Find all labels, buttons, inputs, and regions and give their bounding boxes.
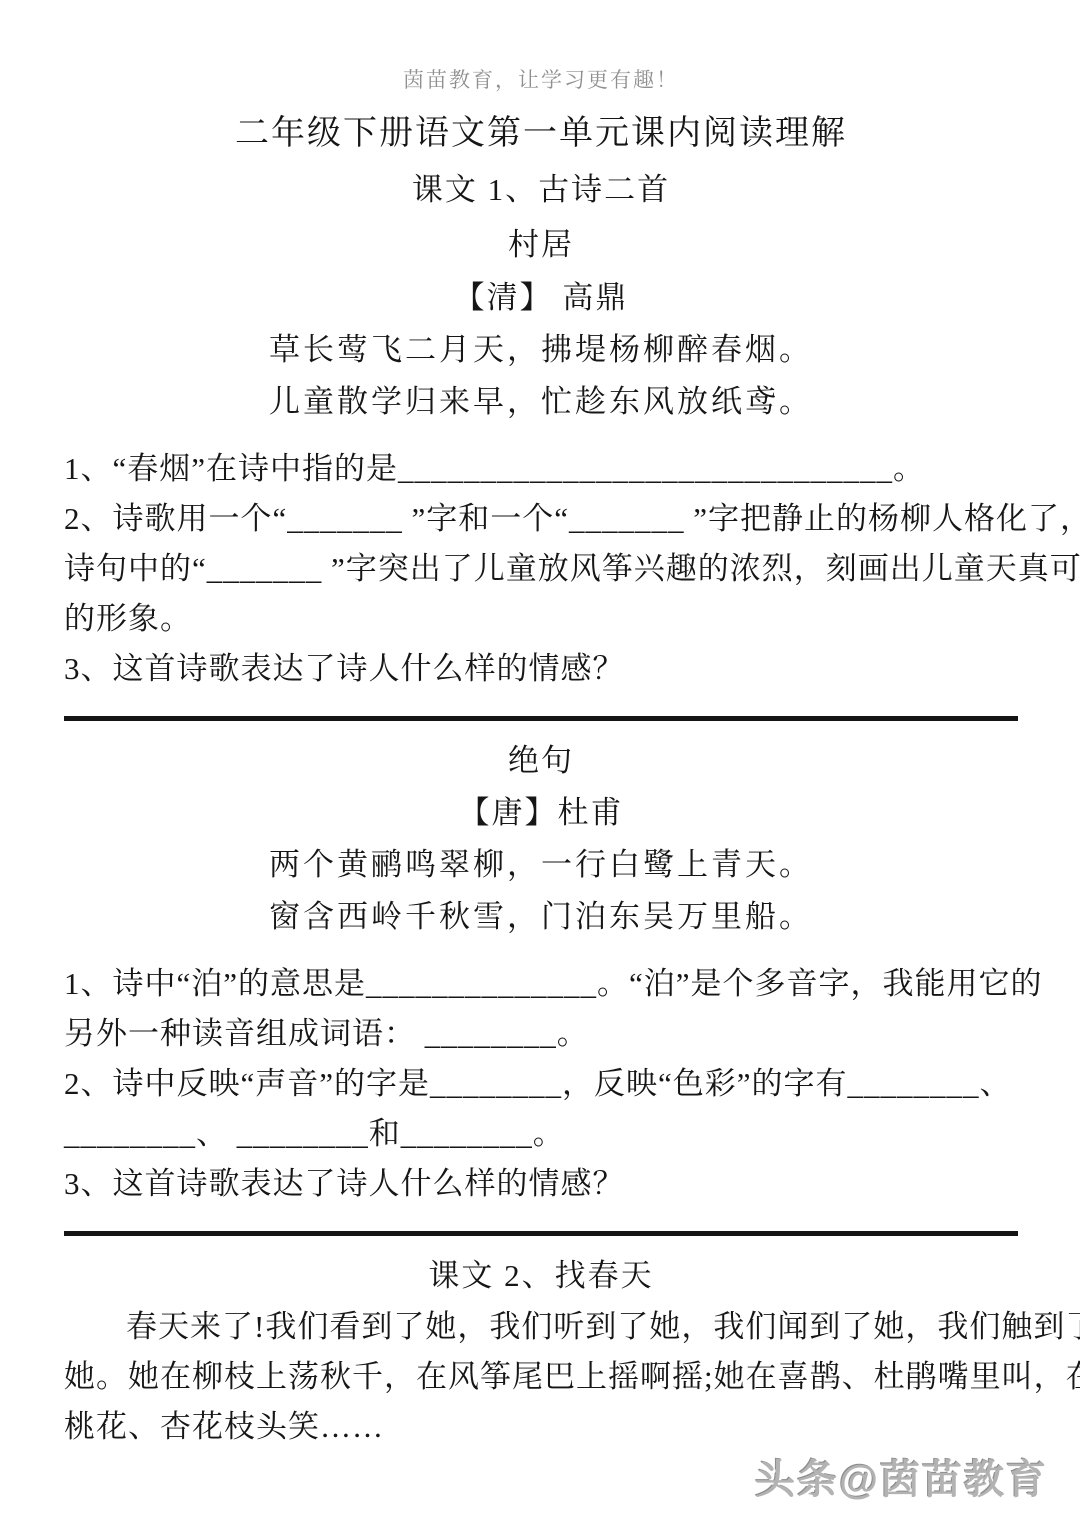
toutiao-watermark: 头条@茵苗教育: [755, 1448, 1048, 1505]
poem2-author: 【唐】杜甫: [64, 787, 1018, 839]
worksheet-page: 茵苗教育，让学习更有趣！ 二年级下册语文第一单元课内阅读理解 课文 1、古诗二首…: [0, 0, 1080, 1452]
question-line: ________、 ________和________。: [64, 1109, 1018, 1159]
paragraph-line: 春天来了!我们看到了她，我们听到了她，我们闻到了她，我们触到了: [64, 1302, 1018, 1352]
poem1-title: 村居: [64, 217, 1018, 272]
question-line: 1、“春烟”在诗中指的是____________________________…: [64, 444, 1018, 494]
section-divider: [64, 716, 1018, 721]
poem1-questions: 1、“春烟”在诗中指的是____________________________…: [64, 444, 1018, 694]
poem1-verse-line: 儿童散学归来早，忙趁东风放纸鸢。: [64, 376, 1018, 428]
question-line: 2、诗歌用一个“_______ ”字和一个“_______ ”字把静止的杨柳人格…: [64, 494, 1018, 544]
poem1-verse-line: 草长莺飞二月天，拂堤杨柳醉春烟。: [64, 324, 1018, 376]
question-line: 3、这首诗歌表达了诗人什么样的情感？: [64, 644, 1018, 694]
brand-slogan: 茵苗教育，让学习更有趣！: [64, 66, 1018, 94]
question-line: 的形象。: [64, 594, 1018, 644]
question-line: 3、这首诗歌表达了诗人什么样的情感？: [64, 1159, 1018, 1209]
poem2-verse-line: 窗含西岭千秋雪，门泊东吴万里船。: [64, 891, 1018, 943]
poem2-questions: 1、诗中“泊”的意思是______________。“泊”是个多音字，我能用它的…: [64, 959, 1018, 1209]
lesson2-paragraph: 春天来了!我们看到了她，我们听到了她，我们闻到了她，我们触到了 她。她在柳枝上荡…: [64, 1302, 1018, 1452]
poem2-title: 绝句: [64, 735, 1018, 787]
lesson1-heading: 课文 1、古诗二首: [64, 162, 1018, 217]
question-line: 另外一种读音组成词语： ________。: [64, 1009, 1018, 1059]
poem1-author: 【清】 高鼎: [64, 272, 1018, 324]
question-line: 1、诗中“泊”的意思是______________。“泊”是个多音字，我能用它的: [64, 959, 1018, 1009]
paragraph-line: 她。她在柳枝上荡秋千，在风筝尾巴上摇啊摇;她在喜鹊、杜鹃嘴里叫，在: [64, 1352, 1018, 1402]
document-title: 二年级下册语文第一单元课内阅读理解: [64, 106, 1018, 162]
lesson2-heading: 课文 2、找春天: [64, 1250, 1018, 1302]
question-line: 2、诗中反映“声音”的字是________，反映“色彩”的字有________、: [64, 1059, 1018, 1109]
poem2-verse-line: 两个黄鹂鸣翠柳，一行白鹭上青天。: [64, 839, 1018, 891]
section-divider: [64, 1231, 1018, 1236]
question-line: 诗句中的“_______ ”字突出了儿童放风筝兴趣的浓烈，刻画出儿童天真可爱: [64, 544, 1018, 594]
paragraph-line: 桃花、杏花枝头笑……: [64, 1402, 1018, 1452]
